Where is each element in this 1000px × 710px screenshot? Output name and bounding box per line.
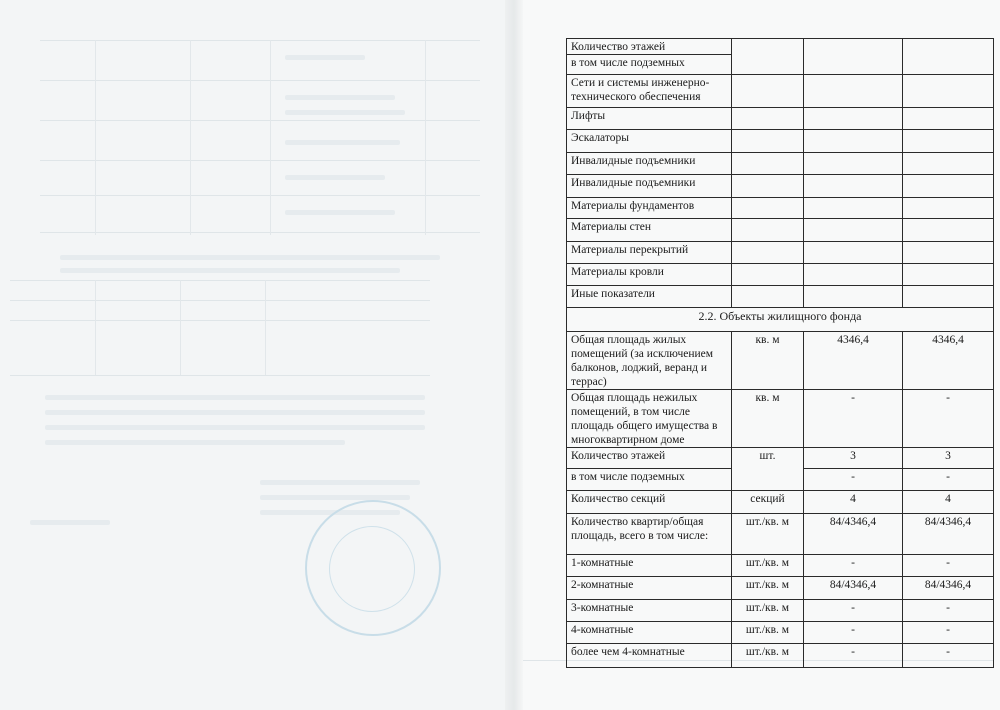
- row-label: 1-комнатные: [567, 555, 732, 577]
- table-row: Общая площадь жилых помещений (за исключ…: [567, 332, 994, 390]
- row-label: Количество этажей: [567, 39, 732, 55]
- row-label: 3-комнатные: [567, 600, 732, 622]
- value-cell: [804, 286, 903, 308]
- unit-cell: шт.: [732, 448, 804, 491]
- unit-cell: [732, 175, 804, 198]
- section-title: 2.2. Объекты жилищного фонда: [567, 308, 994, 332]
- unit-cell: шт./кв. м: [732, 555, 804, 577]
- unit-cell: [732, 219, 804, 242]
- stamp-bleed-through: [305, 500, 441, 636]
- row-label: Эскалаторы: [567, 130, 732, 153]
- value-cell: [903, 153, 994, 175]
- actual-value: -: [903, 469, 994, 491]
- left-page-bleed-through: [0, 0, 520, 710]
- unit-cell: [732, 130, 804, 153]
- row-label: Количество этажей: [567, 448, 732, 469]
- actual-value: -: [903, 390, 994, 448]
- row-label: более чем 4-комнатные: [567, 644, 732, 668]
- row-label: Материалы стен: [567, 219, 732, 242]
- row-label: Инвалидные подъемники: [567, 175, 732, 198]
- row-label: 2-комнатные: [567, 577, 732, 600]
- unit-cell: шт./кв. м: [732, 577, 804, 600]
- row-label: Общая площадь жилых помещений (за исключ…: [567, 332, 732, 390]
- page-fold: [505, 0, 523, 710]
- table-row: Количество этажей шт. 3 3: [567, 448, 994, 469]
- value-cell: [804, 198, 903, 219]
- unit-cell: [732, 39, 804, 75]
- unit-cell: шт./кв. м: [732, 600, 804, 622]
- project-value: -: [804, 390, 903, 448]
- unit-cell: секций: [732, 491, 804, 514]
- actual-value: 4346,4: [903, 332, 994, 390]
- table-row: Иные показатели: [567, 286, 994, 308]
- project-value: 84/4346,4: [804, 514, 903, 555]
- value-cell: [903, 286, 994, 308]
- project-value: -: [804, 644, 903, 668]
- value-cell: [804, 75, 903, 108]
- row-label: 4-комнатные: [567, 622, 732, 644]
- project-value: 84/4346,4: [804, 577, 903, 600]
- value-cell: [804, 130, 903, 153]
- row-label: в том числе подземных: [567, 469, 732, 491]
- table-row: Общая площадь нежилых помещений, в том ч…: [567, 390, 994, 448]
- row-label: Иные показатели: [567, 286, 732, 308]
- unit-cell: кв. м: [732, 332, 804, 390]
- value-cell: [804, 242, 903, 264]
- unit-cell: [732, 242, 804, 264]
- table-row: 1-комнатные шт./кв. м - -: [567, 555, 994, 577]
- unit-cell: шт./кв. м: [732, 514, 804, 555]
- value-cell: [903, 108, 994, 130]
- value-cell: [903, 39, 994, 75]
- actual-value: -: [903, 600, 994, 622]
- project-value: 3: [804, 448, 903, 469]
- value-cell: [804, 219, 903, 242]
- row-label: Общая площадь нежилых помещений, в том ч…: [567, 390, 732, 448]
- unit-cell: [732, 75, 804, 108]
- actual-value: 84/4346,4: [903, 514, 994, 555]
- value-cell: [903, 75, 994, 108]
- actual-value: -: [903, 622, 994, 644]
- project-value: -: [804, 600, 903, 622]
- project-value: -: [804, 622, 903, 644]
- row-label: Количество секций: [567, 491, 732, 514]
- actual-value: 4: [903, 491, 994, 514]
- table-row: 4-комнатные шт./кв. м - -: [567, 622, 994, 644]
- unit-cell: [732, 264, 804, 286]
- actual-value: -: [903, 644, 994, 668]
- project-value: 4346,4: [804, 332, 903, 390]
- table-row: Материалы кровли: [567, 264, 994, 286]
- table-row: более чем 4-комнатные шт./кв. м - -: [567, 644, 994, 668]
- unit-cell: [732, 198, 804, 219]
- value-cell: [903, 198, 994, 219]
- unit-cell: кв. м: [732, 390, 804, 448]
- table-row: 2-комнатные шт./кв. м 84/4346,4 84/4346,…: [567, 577, 994, 600]
- table-row: Лифты: [567, 108, 994, 130]
- table-row: Количество квартир/общая площадь, всего …: [567, 514, 994, 555]
- table-row: Материалы перекрытий: [567, 242, 994, 264]
- row-label: Материалы перекрытий: [567, 242, 732, 264]
- value-cell: [804, 153, 903, 175]
- unit-cell: [732, 286, 804, 308]
- table-row: Сети и системы инженерно-технического об…: [567, 75, 994, 108]
- table-row: Материалы фундаментов: [567, 198, 994, 219]
- building-parameters-table: Количество этажей в том числе подземных …: [566, 38, 994, 668]
- unit-cell: шт./кв. м: [732, 644, 804, 668]
- unit-cell: [732, 153, 804, 175]
- row-label: Лифты: [567, 108, 732, 130]
- table-row: Количество секций секций 4 4: [567, 491, 994, 514]
- unit-cell: шт./кв. м: [732, 622, 804, 644]
- table-row: Инвалидные подъемники: [567, 175, 994, 198]
- value-cell: [804, 175, 903, 198]
- value-cell: [903, 242, 994, 264]
- value-cell: [804, 108, 903, 130]
- value-cell: [804, 264, 903, 286]
- row-label: Инвалидные подъемники: [567, 153, 732, 175]
- actual-value: 3: [903, 448, 994, 469]
- table-row: Количество этажей: [567, 39, 994, 55]
- value-cell: [903, 130, 994, 153]
- row-label: Материалы кровли: [567, 264, 732, 286]
- project-value: 4: [804, 491, 903, 514]
- table-row: 3-комнатные шт./кв. м - -: [567, 600, 994, 622]
- row-label: Сети и системы инженерно-технического об…: [567, 75, 732, 108]
- value-cell: [903, 219, 994, 242]
- project-value: -: [804, 555, 903, 577]
- unit-cell: [732, 108, 804, 130]
- row-label: Количество квартир/общая площадь, всего …: [567, 514, 732, 555]
- actual-value: -: [903, 555, 994, 577]
- table-row: Инвалидные подъемники: [567, 153, 994, 175]
- row-label: Материалы фундаментов: [567, 198, 732, 219]
- actual-value: 84/4346,4: [903, 577, 994, 600]
- value-cell: [804, 39, 903, 75]
- table-row: Материалы стен: [567, 219, 994, 242]
- row-label: в том числе подземных: [567, 55, 732, 75]
- value-cell: [903, 264, 994, 286]
- value-cell: [903, 175, 994, 198]
- section-header-row: 2.2. Объекты жилищного фонда: [567, 308, 994, 332]
- table-row: Эскалаторы: [567, 130, 994, 153]
- project-value: -: [804, 469, 903, 491]
